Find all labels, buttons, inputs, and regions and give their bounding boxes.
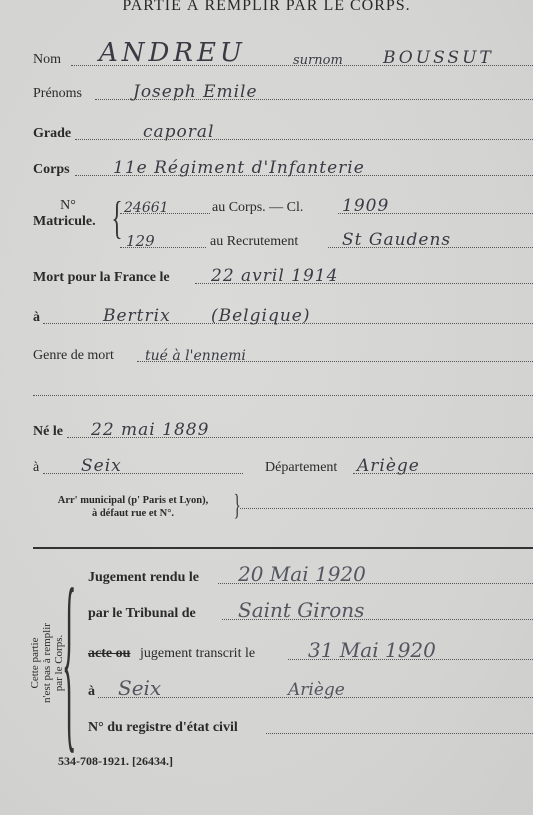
- transcrit-value: 31 Mai 1920: [308, 638, 436, 662]
- classe-value: 1909: [342, 196, 389, 216]
- grade-row: Grade caporal: [33, 122, 533, 146]
- tribunal-label: par le Tribunal de: [88, 606, 196, 622]
- corps-label: Corps: [33, 162, 70, 178]
- genre-mort-label: Genre de mort: [33, 348, 114, 364]
- lieu-mort-row: à Bertrix (Belgique): [33, 306, 533, 330]
- lieu-naissance-row: à Seix Département Ariège: [33, 456, 533, 480]
- form-title: PARTIE À REMPLIR PAR LE CORPS.: [0, 0, 533, 15]
- tribunal-row: par le Tribunal de Saint Girons: [88, 602, 533, 626]
- mort-date: 22 avril 1914: [211, 266, 338, 286]
- departement-value: Ariège: [357, 456, 420, 476]
- mort-label: Mort pour la France le: [33, 270, 170, 286]
- naissance-row: Né le 22 mai 1889: [33, 420, 533, 444]
- lieu-mort-value: Bertrix: [103, 306, 171, 326]
- jugement-rendu-value: 20 Mai 1920: [238, 562, 366, 586]
- lieu-mort-country: (Belgique): [211, 306, 310, 326]
- lieu-naissance-value: Seix: [81, 456, 122, 476]
- jugement-rendu-label: Jugement rendu le: [88, 570, 199, 586]
- lieu-naissance-label: à: [33, 460, 39, 476]
- arrondissement-brace: {: [234, 492, 241, 522]
- lieu-mort-label: à: [33, 310, 40, 326]
- naissance-date: 22 mai 1889: [91, 420, 209, 440]
- corps-value: 11e Régiment d'Infanterie: [113, 158, 365, 178]
- transcrit-lieu-label: à: [88, 684, 95, 700]
- matricule-corps-row: 24661 au Corps. — Cl. 1909: [120, 196, 533, 220]
- jugement-brace: {: [62, 560, 76, 760]
- registre-label: N° du registre d'état civil: [88, 720, 238, 736]
- corps-row: Corps 11e Régiment d'Infanterie: [33, 158, 533, 182]
- matricule-corps-label: au Corps. — Cl.: [212, 200, 303, 216]
- death-record-card: PARTIE À REMPLIR PAR LE CORPS. Nom ANDRE…: [0, 0, 533, 815]
- grade-label: Grade: [33, 126, 71, 142]
- nom-row: Nom ANDREU surnom BOUSSUT: [33, 48, 533, 72]
- nom-value: ANDREU: [99, 38, 246, 68]
- blank-row: [33, 378, 533, 402]
- recrutement-label: au Recrutement: [210, 234, 298, 250]
- nom-label: Nom: [33, 52, 61, 68]
- genre-mort-value: tué à l'ennemi: [145, 348, 246, 364]
- genre-mort-row: Genre de mort tué à l'ennemi: [33, 344, 533, 368]
- section-divider: [33, 547, 533, 549]
- surnom-label: surnom: [293, 53, 343, 68]
- prenoms-row: Prénoms Joseph Emile: [33, 82, 533, 106]
- grade-value: caporal: [143, 122, 214, 142]
- tribunal-value: Saint Girons: [238, 598, 364, 622]
- matricule-corps-number: 24661: [124, 200, 169, 216]
- prenoms-value: Joseph Emile: [133, 82, 258, 102]
- prenoms-label: Prénoms: [33, 86, 82, 102]
- jugement-rendu-row: Jugement rendu le 20 Mai 1920: [88, 566, 533, 590]
- naissance-label: Né le: [33, 424, 63, 440]
- recrutement-value: St Gaudens: [342, 230, 451, 250]
- departement-label: Département: [265, 460, 337, 476]
- transcrit-lieu-row: à Seix Ariège: [88, 680, 533, 704]
- registre-row: N° du registre d'état civil: [88, 716, 533, 740]
- recrutement-number: 129: [126, 232, 155, 250]
- transcrit-row: acte ou jugement transcrit le 31 Mai 192…: [88, 642, 533, 666]
- transcrit-struck: acte ou: [88, 646, 130, 662]
- transcrit-label: jugement transcrit le: [140, 646, 255, 662]
- transcrit-lieu-value: Seix: [118, 676, 161, 700]
- arrondissement-line: [240, 508, 533, 509]
- matricule-recrutement-row: 129 au Recrutement St Gaudens: [120, 230, 533, 254]
- matricule-label-block: N° Matricule.: [33, 198, 103, 230]
- print-reference: 534-708-1921. [26434.]: [58, 754, 173, 769]
- transcrit-lieu-dept: Ariège: [288, 680, 345, 700]
- mort-row: Mort pour la France le 22 avril 1914: [33, 266, 533, 290]
- surnom-value: BOUSSUT: [383, 48, 494, 68]
- arrondissement-label: Arr' municipal (p' Paris et Lyon), à déf…: [33, 494, 233, 520]
